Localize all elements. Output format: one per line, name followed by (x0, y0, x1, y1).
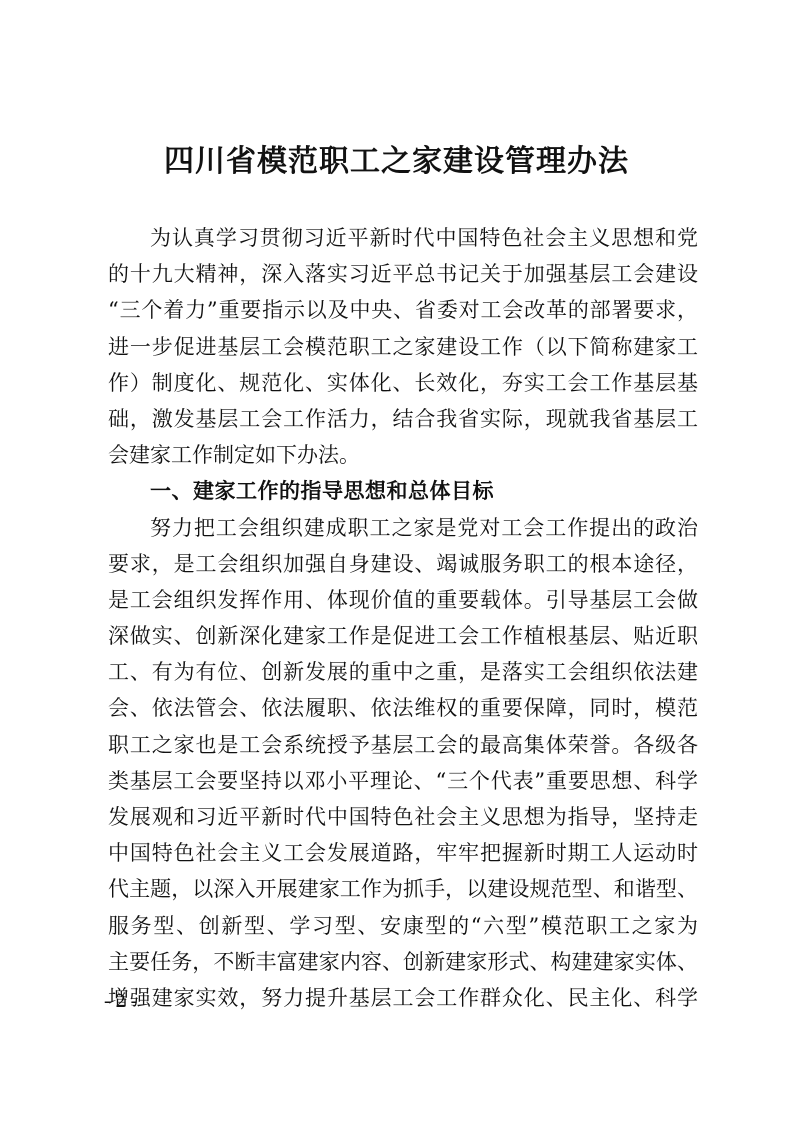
section-paragraph-line: 深做实、创新深化建家工作是促进工会工作植根基层、贴近职 (108, 618, 698, 654)
document-body: 为认真学习贯彻习近平新时代中国特色社会主义思想和党 的十九大精神，深入落实习近平… (108, 220, 698, 1016)
section-paragraph-line: 工、有为有位、创新发展的重中之重，是落实工会组织依法建 (108, 654, 698, 690)
intro-paragraph-line: “三个着力”重要指示以及中央、省委对工会改革的部署要求， (108, 292, 698, 328)
section-paragraph-line: 增强建家实效，努力提升基层工会工作群众化、民主化、科学 (108, 980, 698, 1016)
section-paragraph-line: 要求，是工会组织加强自身建设、竭诚服务职工的根本途径， (108, 546, 698, 582)
page-number: - 2 - (104, 990, 137, 1013)
section-paragraph-line: 类基层工会要坚持以邓小平理论、“三个代表”重要思想、科学 (108, 763, 698, 799)
section-paragraph-line: 会、依法管会、依法履职、依法维权的重要保障，同时，模范 (108, 690, 698, 726)
section-paragraph-line: 服务型、创新型、学习型、安康型的“六型”模范职工之家为 (108, 908, 698, 944)
intro-paragraph-line: 础，激发基层工会工作活力，结合我省实际，现就我省基层工 (108, 401, 698, 437)
intro-paragraph-line: 进一步促进基层工会模范职工之家建设工作（以下简称建家工 (108, 329, 698, 365)
section-heading: 一、建家工作的指导思想和总体目标 (108, 473, 698, 509)
section-paragraph-line: 是工会组织发挥作用、体现价值的重要载体。引导基层工会做 (108, 582, 698, 618)
document-title: 四川省模范职工之家建设管理办法 (0, 140, 793, 184)
intro-paragraph-line: 会建家工作制定如下办法。 (108, 437, 698, 473)
section-paragraph-line: 职工之家也是工会系统授予基层工会的最高集体荣誉。各级各 (108, 727, 698, 763)
section-paragraph-line: 发展观和习近平新时代中国特色社会主义思想为指导，坚持走 (108, 799, 698, 835)
section-paragraph-line: 主要任务，不断丰富建家内容、创新建家形式、构建建家实体、 (108, 944, 698, 980)
intro-paragraph-line: 的十九大精神，深入落实习近平总书记关于加强基层工会建设 (108, 256, 698, 292)
intro-paragraph-line: 为认真学习贯彻习近平新时代中国特色社会主义思想和党 (108, 220, 698, 256)
intro-paragraph-line: 作）制度化、规范化、实体化、长效化，夯实工会工作基层基 (108, 365, 698, 401)
section-paragraph-line: 努力把工会组织建成职工之家是党对工会工作提出的政治 (108, 510, 698, 546)
section-paragraph-line: 中国特色社会主义工会发展道路，牢牢把握新时期工人运动时 (108, 835, 698, 871)
document-page: 四川省模范职工之家建设管理办法 为认真学习贯彻习近平新时代中国特色社会主义思想和… (0, 0, 793, 1122)
section-paragraph-line: 代主题，以深入开展建家工作为抓手，以建设规范型、和谐型、 (108, 871, 698, 907)
